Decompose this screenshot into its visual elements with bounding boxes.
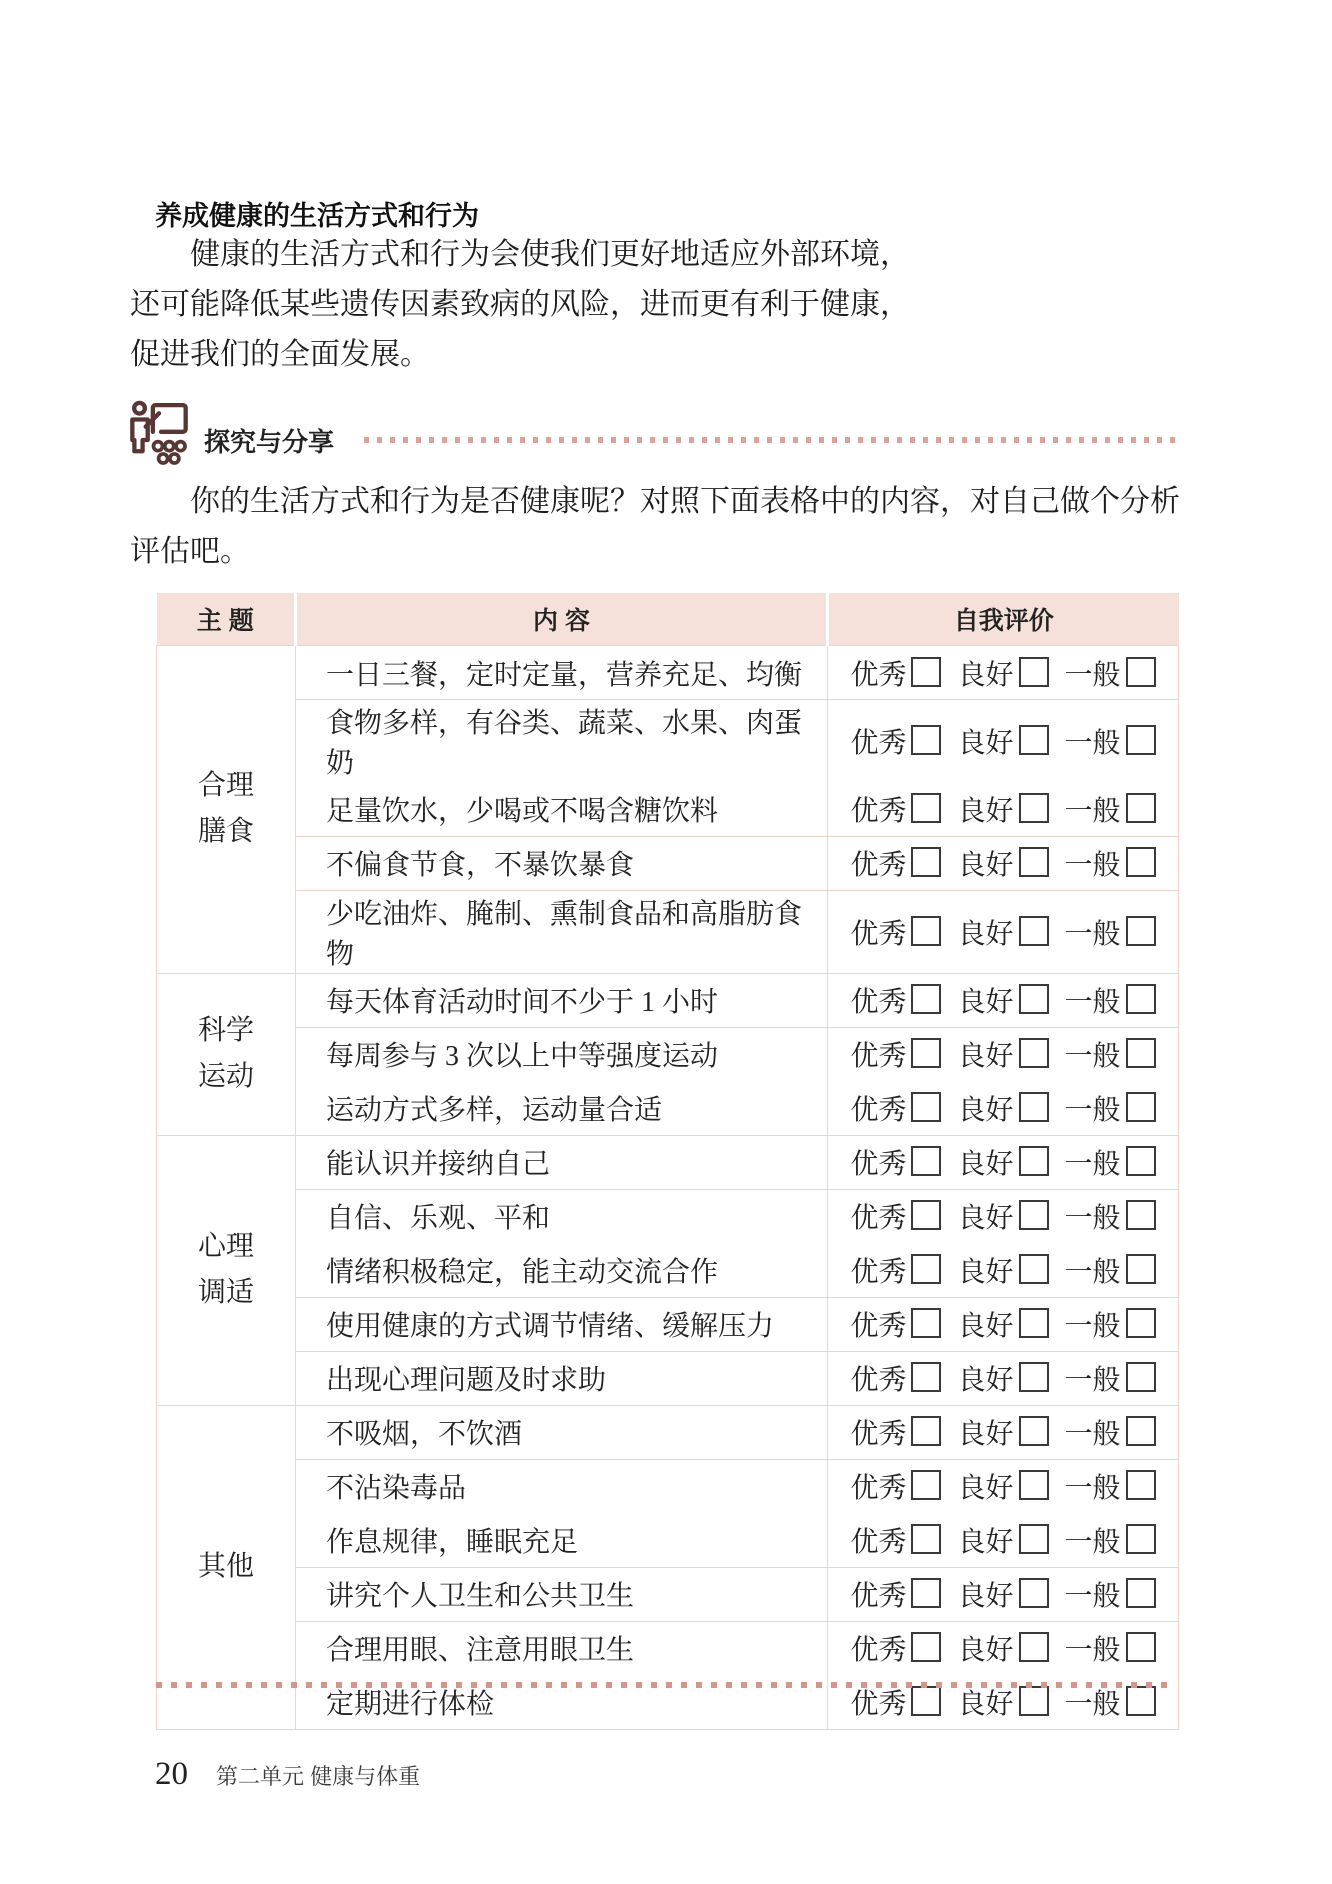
checkbox-good[interactable] <box>1019 1254 1049 1284</box>
eval-option-label: 良好 <box>957 1203 1013 1234</box>
explore-share-label: 探究与分享 <box>204 422 334 459</box>
eval-option-label: 优秀 <box>850 728 906 759</box>
self-check-table: 主 题 内 容 自我评价 合理膳食一日三餐，定时定量，营养充足、均衡优秀良好一般… <box>156 593 1178 1730</box>
eval-option-good: 良好 <box>957 1149 1048 1180</box>
checkbox-average[interactable] <box>1126 1632 1156 1662</box>
theme-cell: 合理膳食 <box>157 646 296 974</box>
content-cell: 每周参与 3 次以上中等强度运动 <box>296 1027 828 1081</box>
eval-option-good: 良好 <box>957 1527 1048 1558</box>
eval-option-label: 良好 <box>957 1527 1013 1558</box>
eval-option-label: 一般 <box>1065 1527 1121 1558</box>
eval-option-label: 一般 <box>1065 1311 1121 1342</box>
unit-title: 第二单元 健康与体重 <box>216 1760 420 1791</box>
eval-option-excellent: 优秀 <box>850 987 941 1018</box>
checkbox-average[interactable] <box>1126 1524 1156 1554</box>
eval-option-label: 良好 <box>957 1257 1013 1288</box>
eval-option-label: 优秀 <box>850 1527 906 1558</box>
checkbox-average[interactable] <box>1126 984 1156 1014</box>
eval-option-good: 良好 <box>957 987 1048 1018</box>
paragraph-line: 健康的生活方式和行为会使我们更好地适应外部环境， <box>130 230 1014 280</box>
eval-option-label: 一般 <box>1065 1419 1121 1450</box>
checkbox-excellent[interactable] <box>911 1362 941 1392</box>
checkbox-average[interactable] <box>1126 1200 1156 1230</box>
eval-option-label: 一般 <box>1065 1635 1121 1666</box>
body-paragraph: 健康的生活方式和行为会使我们更好地适应外部环境，还可能降低某些遗传因素致病的风险… <box>130 230 1014 380</box>
eval-cell: 优秀良好一般 <box>828 782 1179 836</box>
checkbox-excellent[interactable] <box>911 1416 941 1446</box>
checkbox-average[interactable] <box>1126 1308 1156 1338</box>
dotted-divider-top <box>364 437 1178 443</box>
eval-option-label: 一般 <box>1065 1203 1121 1234</box>
eval-option-good: 良好 <box>957 796 1048 827</box>
eval-option-good: 良好 <box>957 1365 1048 1396</box>
checkbox-excellent[interactable] <box>911 657 941 687</box>
checkbox-good[interactable] <box>1019 1308 1049 1338</box>
checkbox-average[interactable] <box>1126 1146 1156 1176</box>
checkbox-good[interactable] <box>1019 1470 1049 1500</box>
paragraph-line: 促进我们的全面发展。 <box>130 330 1014 380</box>
eval-option-excellent: 优秀 <box>850 1365 941 1396</box>
eval-cell: 优秀良好一般 <box>828 1027 1179 1081</box>
eval-option-good: 良好 <box>957 1257 1048 1288</box>
eval-option-label: 优秀 <box>850 987 906 1018</box>
checkbox-excellent[interactable] <box>911 847 941 877</box>
theme-cell: 其他 <box>157 1405 296 1729</box>
table-row: 不沾染毒品优秀良好一般 <box>157 1459 1179 1513</box>
eval-option-good: 良好 <box>957 1689 1048 1720</box>
checkbox-excellent[interactable] <box>911 1632 941 1662</box>
eval-option-excellent: 优秀 <box>850 1257 941 1288</box>
eval-option-average: 一般 <box>1065 1689 1156 1720</box>
eval-option-label: 一般 <box>1065 1041 1121 1072</box>
eval-option-excellent: 优秀 <box>850 1689 941 1720</box>
checkbox-excellent[interactable] <box>911 1200 941 1230</box>
content-cell: 自信、乐观、平和 <box>296 1189 828 1243</box>
theme-cell: 科学运动 <box>157 973 296 1135</box>
eval-option-excellent: 优秀 <box>850 1095 941 1126</box>
eval-cell: 优秀良好一般 <box>828 836 1179 890</box>
eval-option-label: 一般 <box>1065 850 1121 881</box>
paragraph-line: 评估吧。 <box>130 527 1182 577</box>
content-cell: 能认识并接纳自己 <box>296 1135 828 1189</box>
checkbox-excellent[interactable] <box>911 1146 941 1176</box>
paragraph-line: 还可能降低某些遗传因素致病的风险，进而更有利于健康， <box>130 280 1014 330</box>
checkbox-good[interactable] <box>1019 1146 1049 1176</box>
eval-option-average: 一般 <box>1065 1527 1156 1558</box>
checkbox-average[interactable] <box>1126 1578 1156 1608</box>
eval-option-average: 一般 <box>1065 1257 1156 1288</box>
eval-cell: 优秀良好一般 <box>828 1297 1179 1351</box>
eval-option-label: 良好 <box>957 987 1013 1018</box>
eval-option-average: 一般 <box>1065 1473 1156 1504</box>
table-row: 合理膳食一日三餐，定时定量，营养充足、均衡优秀良好一般 <box>157 646 1179 700</box>
eval-option-good: 良好 <box>957 1311 1048 1342</box>
eval-option-label: 一般 <box>1065 796 1121 827</box>
eval-option-average: 一般 <box>1065 1311 1156 1342</box>
eval-cell: 优秀良好一般 <box>828 700 1179 783</box>
content-cell: 不沾染毒品 <box>296 1459 828 1513</box>
eval-cell: 优秀良好一般 <box>828 890 1179 973</box>
eval-cell: 优秀良好一般 <box>828 1405 1179 1459</box>
checkbox-excellent[interactable] <box>911 1470 941 1500</box>
presenter-board-icon <box>128 400 190 480</box>
eval-option-label: 优秀 <box>850 919 906 950</box>
checkbox-good[interactable] <box>1019 1578 1049 1608</box>
eval-option-label: 一般 <box>1065 1095 1121 1126</box>
eval-option-good: 良好 <box>957 1095 1048 1126</box>
eval-option-label: 优秀 <box>850 850 906 881</box>
eval-option-good: 良好 <box>957 1473 1048 1504</box>
checkbox-average[interactable] <box>1126 725 1156 755</box>
checkbox-good[interactable] <box>1019 1632 1049 1662</box>
content-cell: 出现心理问题及时求助 <box>296 1351 828 1405</box>
eval-option-average: 一般 <box>1065 660 1156 691</box>
content-cell: 少吃油炸、腌制、熏制食品和高脂肪食物 <box>296 890 828 973</box>
eval-option-label: 优秀 <box>850 796 906 827</box>
checkbox-excellent[interactable] <box>911 1686 941 1716</box>
eval-option-label: 优秀 <box>850 1419 906 1450</box>
checkbox-excellent[interactable] <box>911 916 941 946</box>
eval-cell: 优秀良好一般 <box>828 973 1179 1027</box>
page-title: 养成健康的生活方式和行为 <box>155 194 479 233</box>
eval-option-label: 良好 <box>957 1473 1013 1504</box>
eval-option-label: 优秀 <box>850 1311 906 1342</box>
table-row: 科学运动每天体育活动时间不少于 1 小时优秀良好一般 <box>157 973 1179 1027</box>
eval-option-excellent: 优秀 <box>850 660 941 691</box>
table-header-content: 内 容 <box>296 593 828 646</box>
content-cell: 不吸烟，不饮酒 <box>296 1405 828 1459</box>
eval-option-excellent: 优秀 <box>850 796 941 827</box>
eval-option-label: 良好 <box>957 1095 1013 1126</box>
eval-option-excellent: 优秀 <box>850 919 941 950</box>
checkbox-average[interactable] <box>1126 1254 1156 1284</box>
eval-option-label: 优秀 <box>850 1257 906 1288</box>
eval-option-excellent: 优秀 <box>850 1149 941 1180</box>
content-cell: 情绪积极稳定，能主动交流合作 <box>296 1243 828 1297</box>
eval-option-label: 优秀 <box>850 1041 906 1072</box>
checkbox-excellent[interactable] <box>911 725 941 755</box>
checkbox-excellent[interactable] <box>911 1254 941 1284</box>
eval-option-label: 优秀 <box>850 1095 906 1126</box>
eval-option-excellent: 优秀 <box>850 1581 941 1612</box>
eval-option-average: 一般 <box>1065 1041 1156 1072</box>
eval-option-average: 一般 <box>1065 1581 1156 1612</box>
eval-option-label: 良好 <box>957 1041 1013 1072</box>
eval-option-label: 优秀 <box>850 1203 906 1234</box>
checkbox-good[interactable] <box>1019 1362 1049 1392</box>
eval-cell: 优秀良好一般 <box>828 646 1179 700</box>
content-cell: 食物多样，有谷类、蔬菜、水果、肉蛋奶 <box>296 700 828 783</box>
checkbox-average[interactable] <box>1126 916 1156 946</box>
table-row: 其他不吸烟，不饮酒优秀良好一般 <box>157 1405 1179 1459</box>
table-header-row: 主 题 内 容 自我评价 <box>157 593 1179 646</box>
eval-option-label: 优秀 <box>850 1635 906 1666</box>
eval-option-average: 一般 <box>1065 1419 1156 1450</box>
checkbox-good[interactable] <box>1019 984 1049 1014</box>
eval-option-label: 优秀 <box>850 1689 906 1720</box>
eval-option-label: 良好 <box>957 1149 1013 1180</box>
theme-cell: 心理调适 <box>157 1135 296 1405</box>
table-row: 运动方式多样，运动量合适优秀良好一般 <box>157 1081 1179 1135</box>
eval-cell: 优秀良好一般 <box>828 1081 1179 1135</box>
checkbox-good[interactable] <box>1019 916 1049 946</box>
eval-option-good: 良好 <box>957 919 1048 950</box>
table-row: 心理调适能认识并接纳自己优秀良好一般 <box>157 1135 1179 1189</box>
checkbox-average[interactable] <box>1126 1038 1156 1068</box>
checkbox-excellent[interactable] <box>911 1092 941 1122</box>
eval-option-good: 良好 <box>957 1041 1048 1072</box>
eval-option-label: 良好 <box>957 1365 1013 1396</box>
table-header-evaluation: 自我评价 <box>828 593 1179 646</box>
eval-option-label: 优秀 <box>850 1581 906 1612</box>
eval-cell: 优秀良好一般 <box>828 1135 1179 1189</box>
checkbox-average[interactable] <box>1126 1470 1156 1500</box>
eval-cell: 优秀良好一般 <box>828 1567 1179 1621</box>
page-number: 20 <box>155 1756 188 1793</box>
eval-option-label: 一般 <box>1065 660 1121 691</box>
eval-option-excellent: 优秀 <box>850 1041 941 1072</box>
checkbox-good[interactable] <box>1019 1524 1049 1554</box>
checkbox-excellent[interactable] <box>911 984 941 1014</box>
table-row: 讲究个人卫生和公共卫生优秀良好一般 <box>157 1567 1179 1621</box>
eval-option-excellent: 优秀 <box>850 1203 941 1234</box>
eval-option-label: 一般 <box>1065 1473 1121 1504</box>
content-cell: 运动方式多样，运动量合适 <box>296 1081 828 1135</box>
page-footer: 20 第二单元 健康与体重 <box>155 1756 420 1793</box>
checkbox-excellent[interactable] <box>911 1038 941 1068</box>
table-row: 作息规律，睡眠充足优秀良好一般 <box>157 1513 1179 1567</box>
eval-option-label: 良好 <box>957 850 1013 881</box>
eval-option-label: 一般 <box>1065 1689 1121 1720</box>
checkbox-average[interactable] <box>1126 793 1156 823</box>
eval-option-good: 良好 <box>957 1581 1048 1612</box>
eval-option-average: 一般 <box>1065 1365 1156 1396</box>
textbook-page: 养成健康的生活方式和行为 健康的生活方式和行为会使我们更好地适应外部环境，还可能… <box>0 0 1332 1884</box>
eval-option-excellent: 优秀 <box>850 1311 941 1342</box>
eval-option-excellent: 优秀 <box>850 1419 941 1450</box>
eval-option-label: 优秀 <box>850 1365 906 1396</box>
eval-option-label: 良好 <box>957 1311 1013 1342</box>
eval-option-good: 良好 <box>957 660 1048 691</box>
checkbox-good[interactable] <box>1019 1092 1049 1122</box>
checkbox-average[interactable] <box>1126 1416 1156 1446</box>
eval-cell: 优秀良好一般 <box>828 1621 1179 1675</box>
eval-cell: 优秀良好一般 <box>828 1189 1179 1243</box>
eval-option-label: 良好 <box>957 1419 1013 1450</box>
content-cell: 每天体育活动时间不少于 1 小时 <box>296 973 828 1027</box>
table-row: 情绪积极稳定，能主动交流合作优秀良好一般 <box>157 1243 1179 1297</box>
eval-option-average: 一般 <box>1065 728 1156 759</box>
checkbox-average[interactable] <box>1126 847 1156 877</box>
eval-option-good: 良好 <box>957 1203 1048 1234</box>
checkbox-good[interactable] <box>1019 725 1049 755</box>
eval-option-excellent: 优秀 <box>850 850 941 881</box>
checkbox-good[interactable] <box>1019 1686 1049 1716</box>
prompt-paragraph: 你的生活方式和行为是否健康呢？对照下面表格中的内容，对自己做个分析评估吧。 <box>130 477 1182 577</box>
checkbox-excellent[interactable] <box>911 1524 941 1554</box>
eval-cell: 优秀良好一般 <box>828 1513 1179 1567</box>
content-cell: 不偏食节食，不暴饮暴食 <box>296 836 828 890</box>
eval-option-excellent: 优秀 <box>850 1635 941 1666</box>
table-row: 使用健康的方式调节情绪、缓解压力优秀良好一般 <box>157 1297 1179 1351</box>
content-cell: 一日三餐，定时定量，营养充足、均衡 <box>296 646 828 700</box>
eval-option-excellent: 优秀 <box>850 1473 941 1504</box>
eval-option-good: 良好 <box>957 850 1048 881</box>
checkbox-good[interactable] <box>1019 657 1049 687</box>
table-row: 自信、乐观、平和优秀良好一般 <box>157 1189 1179 1243</box>
checkbox-good[interactable] <box>1019 1416 1049 1446</box>
checkbox-average[interactable] <box>1126 1362 1156 1392</box>
eval-option-label: 一般 <box>1065 987 1121 1018</box>
table-row: 不偏食节食，不暴饮暴食优秀良好一般 <box>157 836 1179 890</box>
checkbox-excellent[interactable] <box>911 1308 941 1338</box>
eval-option-label: 优秀 <box>850 1473 906 1504</box>
explore-share-header: 探究与分享 <box>128 398 1178 482</box>
eval-option-average: 一般 <box>1065 1149 1156 1180</box>
content-cell: 合理用眼、注意用眼卫生 <box>296 1621 828 1675</box>
eval-option-label: 良好 <box>957 660 1013 691</box>
eval-option-label: 优秀 <box>850 660 906 691</box>
content-cell: 作息规律，睡眠充足 <box>296 1513 828 1567</box>
checkbox-average[interactable] <box>1126 657 1156 687</box>
eval-option-label: 良好 <box>957 919 1013 950</box>
content-cell: 讲究个人卫生和公共卫生 <box>296 1567 828 1621</box>
checkbox-excellent[interactable] <box>911 1578 941 1608</box>
eval-option-average: 一般 <box>1065 987 1156 1018</box>
table-row: 食物多样，有谷类、蔬菜、水果、肉蛋奶优秀良好一般 <box>157 700 1179 783</box>
table-row: 少吃油炸、腌制、熏制食品和高脂肪食物优秀良好一般 <box>157 890 1179 973</box>
eval-option-label: 良好 <box>957 1635 1013 1666</box>
checkbox-good[interactable] <box>1019 793 1049 823</box>
checkbox-average[interactable] <box>1126 1686 1156 1716</box>
eval-option-average: 一般 <box>1065 850 1156 881</box>
eval-option-label: 优秀 <box>850 1149 906 1180</box>
eval-option-average: 一般 <box>1065 796 1156 827</box>
eval-option-average: 一般 <box>1065 919 1156 950</box>
checkbox-average[interactable] <box>1126 1092 1156 1122</box>
eval-cell: 优秀良好一般 <box>828 1459 1179 1513</box>
eval-option-label: 一般 <box>1065 919 1121 950</box>
eval-option-label: 一般 <box>1065 1149 1121 1180</box>
table-header-theme: 主 题 <box>157 593 296 646</box>
eval-option-label: 良好 <box>957 796 1013 827</box>
content-cell: 足量饮水，少喝或不喝含糖饮料 <box>296 782 828 836</box>
eval-option-good: 良好 <box>957 728 1048 759</box>
eval-option-label: 良好 <box>957 1581 1013 1612</box>
table-row: 出现心理问题及时求助优秀良好一般 <box>157 1351 1179 1405</box>
eval-option-excellent: 优秀 <box>850 728 941 759</box>
eval-option-average: 一般 <box>1065 1203 1156 1234</box>
eval-option-label: 一般 <box>1065 1581 1121 1612</box>
dotted-divider-bottom <box>156 1682 1170 1688</box>
eval-option-excellent: 优秀 <box>850 1527 941 1558</box>
eval-option-good: 良好 <box>957 1635 1048 1666</box>
eval-option-label: 一般 <box>1065 1257 1121 1288</box>
checkbox-good[interactable] <box>1019 847 1049 877</box>
eval-option-label: 良好 <box>957 1689 1013 1720</box>
eval-option-good: 良好 <box>957 1419 1048 1450</box>
table-row: 每周参与 3 次以上中等强度运动优秀良好一般 <box>157 1027 1179 1081</box>
checkbox-good[interactable] <box>1019 1200 1049 1230</box>
eval-cell: 优秀良好一般 <box>828 1243 1179 1297</box>
eval-option-average: 一般 <box>1065 1635 1156 1666</box>
table-row: 合理用眼、注意用眼卫生优秀良好一般 <box>157 1621 1179 1675</box>
content-cell: 使用健康的方式调节情绪、缓解压力 <box>296 1297 828 1351</box>
checkbox-good[interactable] <box>1019 1038 1049 1068</box>
eval-option-label: 一般 <box>1065 1365 1121 1396</box>
eval-option-average: 一般 <box>1065 1095 1156 1126</box>
eval-option-label: 一般 <box>1065 728 1121 759</box>
eval-option-label: 良好 <box>957 728 1013 759</box>
eval-cell: 优秀良好一般 <box>828 1351 1179 1405</box>
table-row: 足量饮水，少喝或不喝含糖饮料优秀良好一般 <box>157 782 1179 836</box>
paragraph-line: 你的生活方式和行为是否健康呢？对照下面表格中的内容，对自己做个分析 <box>130 477 1182 527</box>
checkbox-excellent[interactable] <box>911 793 941 823</box>
